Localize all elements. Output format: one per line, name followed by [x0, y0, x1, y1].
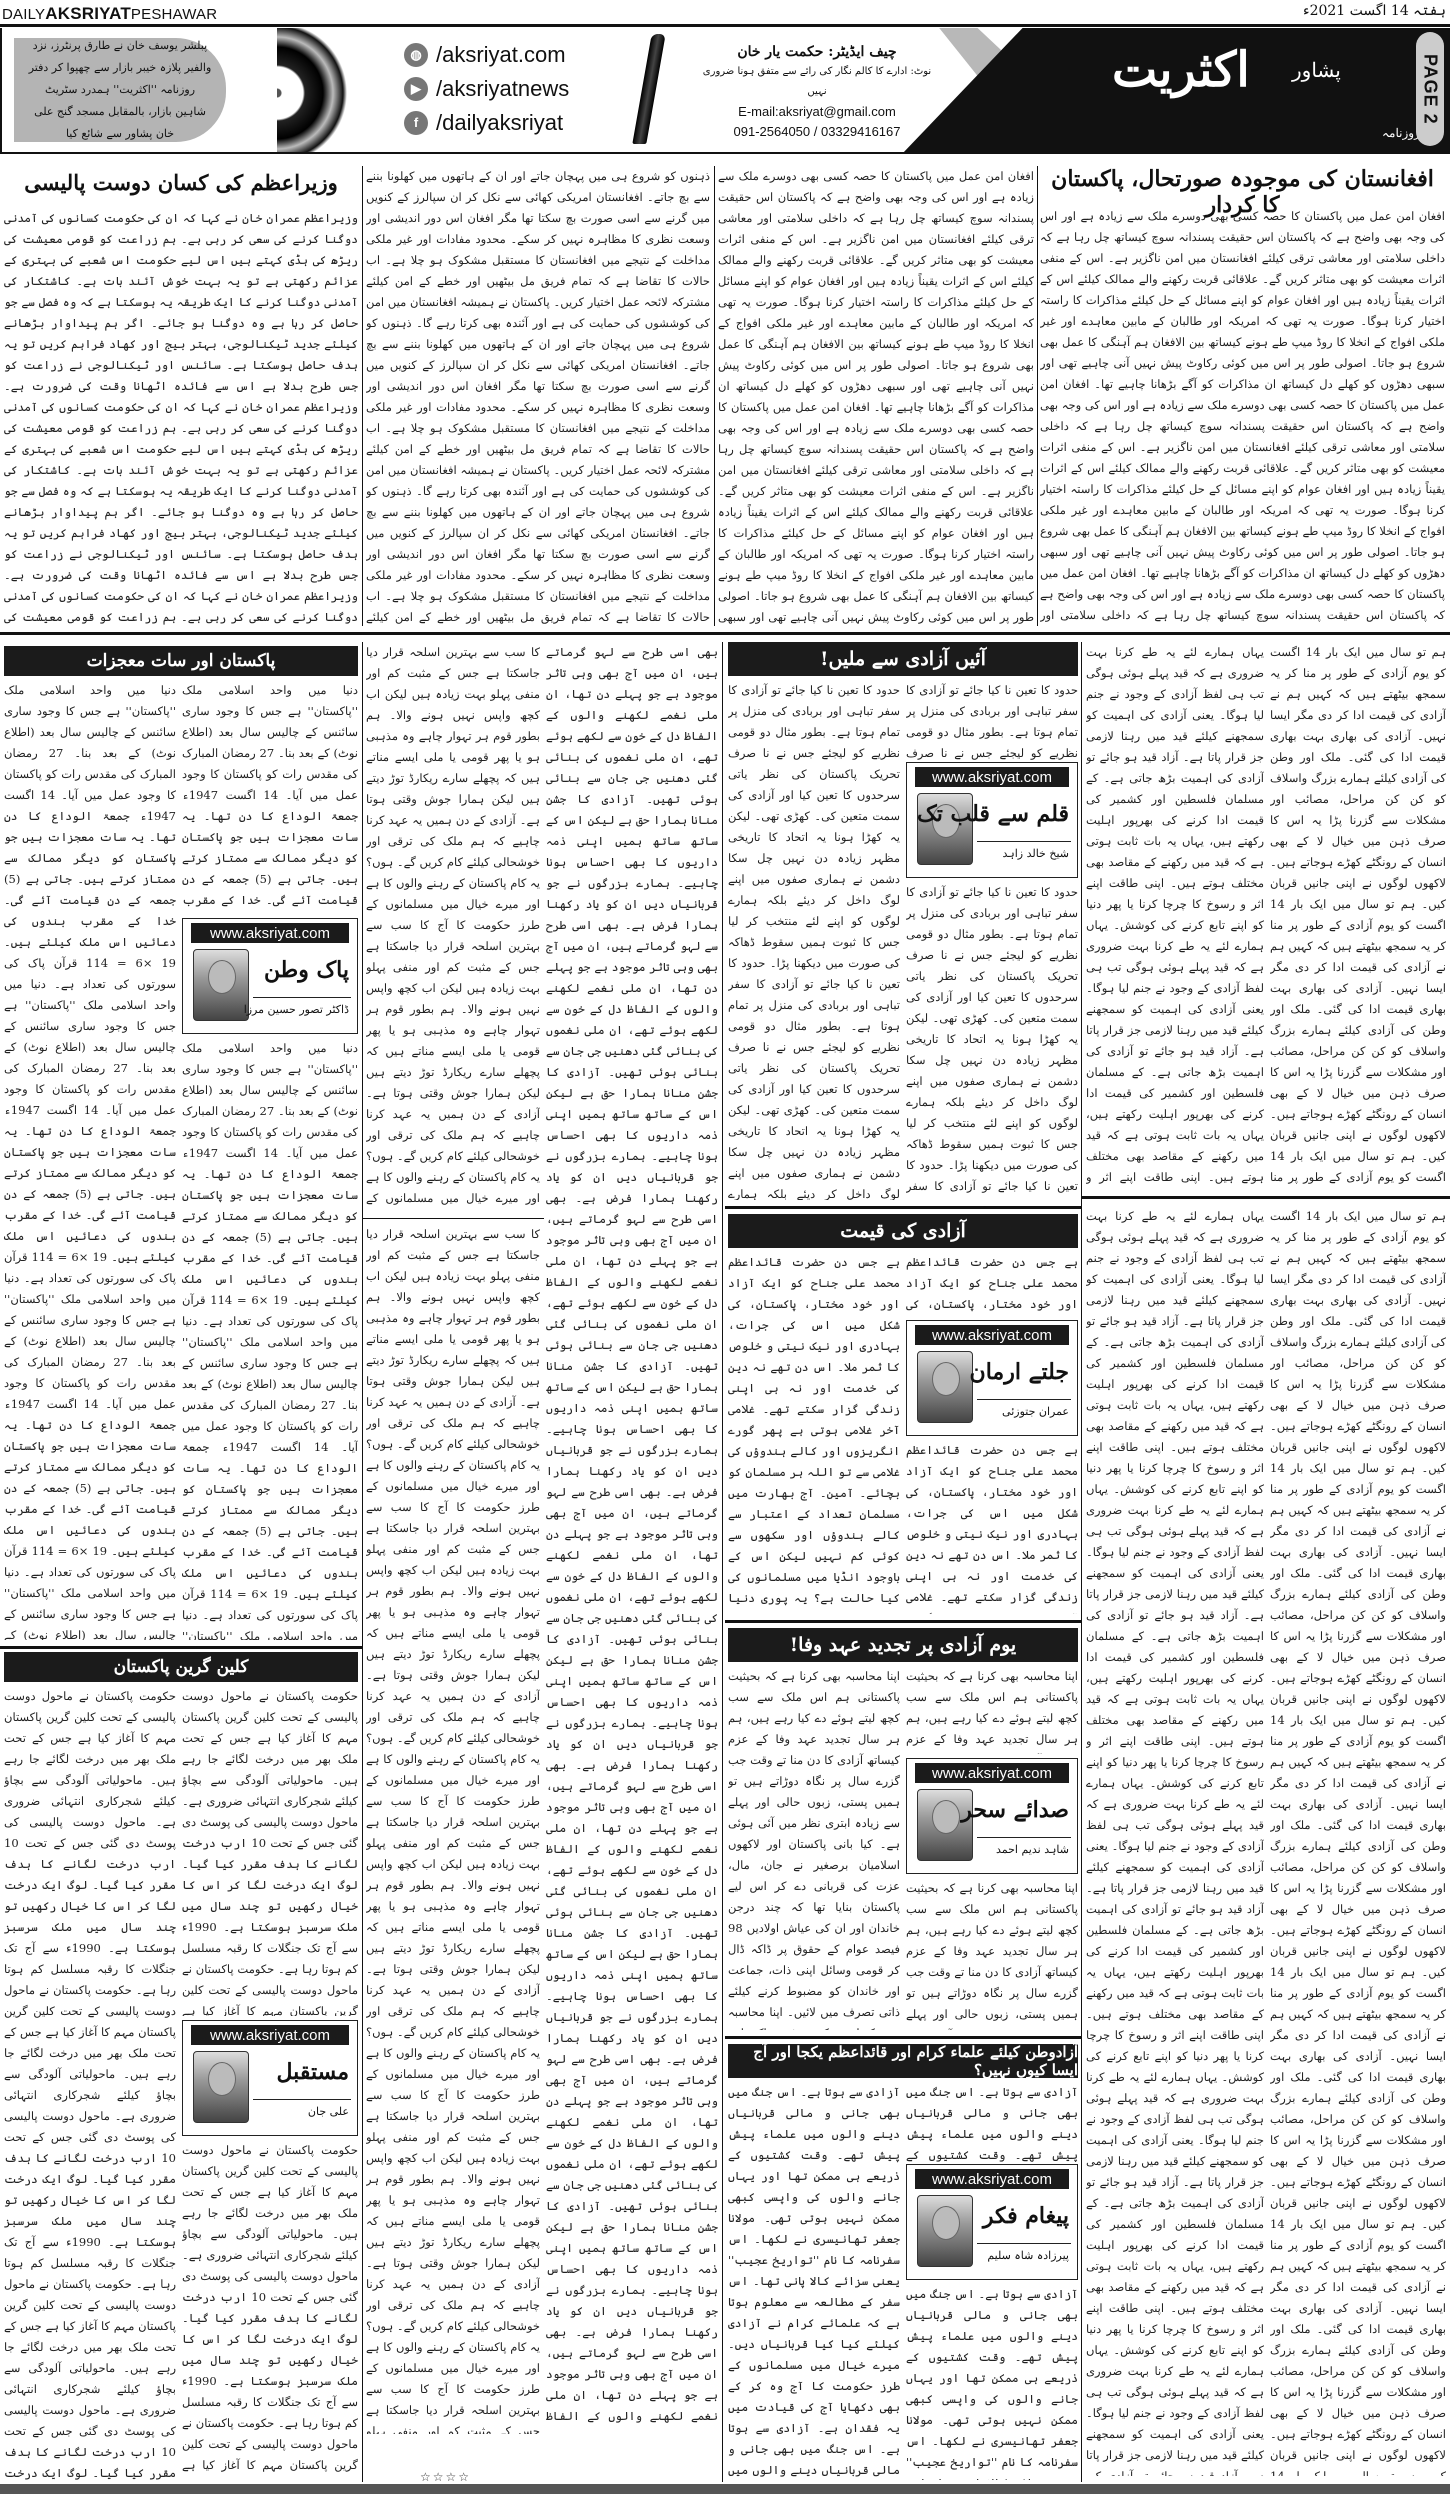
author-photo — [193, 2051, 249, 2123]
column-body: حکومت پاکستان نے ماحول دوست پالیسی کے تح… — [4, 1686, 176, 2480]
website-label[interactable]: www.aksriyat.com — [191, 2025, 349, 2045]
column-body: حدود کا تعین نا کیا جائے تو آزادی کا سفر… — [906, 680, 1078, 760]
column-body: حدود کا تعین نا کیا جائے تو آزادی کا سفر… — [906, 882, 1078, 1200]
page-tag: PAGE 2 — [1416, 32, 1444, 146]
section-banner: کلین گرین پاکستان — [4, 1652, 358, 1682]
section-divider — [362, 1218, 544, 1219]
column-body: اپنا محاسبہ بھی کرنا ہے کہ بحیثیت پاکستا… — [906, 1878, 1078, 2030]
column-name: پیغام فکر — [983, 2203, 1069, 2229]
section-banner: آئیں آزادی سے ملیں! — [728, 642, 1078, 676]
column-body: ہے جس دن حضرت قائداعظم محمد علی جناح کو … — [728, 1252, 900, 1614]
bottom-bar — [0, 2484, 1450, 2494]
card-separator — [977, 1399, 1071, 1400]
brand-prefix: DAILY — [2, 6, 45, 23]
card-separator — [977, 841, 1071, 842]
section-divider — [0, 632, 1450, 635]
author-name: شیخ خالد زاہد — [1003, 847, 1070, 860]
column-body: آزادی سے ہوتا ہے۔ اس جنگ میں بھی جانی و … — [906, 2284, 1078, 2480]
logo-city: پشاور — [1292, 58, 1341, 82]
author-name: ڈاکٹر تصور حسین مرزا — [244, 1003, 349, 1016]
section-banner: یوم آزادی پر تجدید عہد وفا! — [728, 1628, 1078, 1662]
feature-body-mid-a: بھی اسی طرح سے لہو گرماتے ہیں، ان میں آج… — [546, 642, 718, 2432]
column-body: دنیا میں واحد اسلامی ملک ''پاکستان'' ہے … — [4, 680, 176, 1640]
column-rule — [362, 642, 363, 2482]
column-body: اپنا محاسبہ بھی کرنا ہے کہ بحیثیت پاکستا… — [906, 1666, 1078, 1754]
website-label[interactable]: www.aksriyat.com — [915, 1325, 1069, 1345]
website-label[interactable]: www.aksriyat.com — [191, 923, 349, 943]
end-stars: ☆☆☆☆ — [420, 2470, 471, 2484]
card-separator — [977, 2243, 1071, 2244]
feature-body-right-d: یہاں ہمارے لئے یہ طے کرنا بہت ضروری ہے ک… — [1086, 1206, 1264, 2476]
section-banner: آزادی کی قیمت — [728, 1214, 1078, 1248]
header-rule — [0, 24, 1450, 27]
columnist-card: www.aksriyat.com پاک وطن ڈاکٹر تصور حسین… — [182, 918, 358, 1034]
editorial-headline-2: وزیراعظم کی کسان دوست پالیسی — [4, 170, 358, 195]
website-label[interactable]: www.aksriyat.com — [915, 1763, 1069, 1783]
columnist-card: www.aksriyat.com جلتے ارمان عمران جتوزئی — [906, 1320, 1078, 1436]
section-divider — [1081, 1196, 1450, 1199]
editorial-note: نوٹ: ادارے کا کالم نگار کی رائے سے متفق … — [692, 62, 942, 102]
section-divider — [725, 2036, 1081, 2039]
website-label[interactable]: www.aksriyat.com — [915, 767, 1069, 787]
column-rule — [722, 642, 723, 2482]
author-photo — [917, 2195, 973, 2267]
feature-body-mid-b: کا سب سے بہترین اسلحہ قرار دیا جاسکتا ہے… — [366, 642, 540, 1212]
card-separator — [253, 997, 351, 998]
editorial-body-3: وزیراعظم عمران خان نے کہا کہ ان کی حکومت… — [4, 208, 358, 626]
social-label: /aksriyat.com — [436, 38, 566, 72]
column-rule — [362, 166, 363, 626]
column-rule — [1081, 642, 1082, 2482]
logo-daily: روزنامہ — [1382, 126, 1420, 140]
social-label: /dailyaksriyat — [436, 106, 563, 140]
brand-line: DAILYAKSRIYATPESHAWAR — [2, 4, 217, 24]
column-rule — [1037, 166, 1038, 626]
editor-info: چیف ایڈیٹر: حکمت یار خان نوٹ: ادارے کا ک… — [692, 42, 942, 142]
page-label: PAGE 2 — [1420, 54, 1441, 125]
feature-body-right-b: یہاں ہمارے لئے یہ طے کرنا بہت ضروری ہے ک… — [1086, 642, 1264, 1192]
column-name: مستقبل — [277, 2059, 349, 2085]
social-link-youtube[interactable]: ▶ /aksriyatnews — [404, 72, 569, 106]
pen-icon — [632, 34, 665, 144]
column-name: پاک وطن — [264, 957, 349, 983]
social-links: ◍ /aksriyat.com ▶ /aksriyatnews f /daily… — [404, 38, 569, 140]
youtube-icon: ▶ — [404, 77, 428, 101]
column-body: آزادی سے ہوتا ہے۔ اس جنگ میں بھی جانی و … — [906, 2082, 1078, 2162]
brand-suffix: PESHAWAR — [131, 6, 217, 23]
section-divider — [725, 1206, 1081, 1209]
logo-title: اکثریت — [1112, 42, 1250, 98]
facebook-icon: f — [404, 111, 428, 135]
section-divider — [725, 1620, 1081, 1623]
column-name: جلتے ارمان — [970, 1359, 1069, 1385]
columnist-card: www.aksriyat.com قلم سے قلب تک شیخ خالد … — [906, 762, 1078, 878]
column-body: حکومت پاکستان نے ماحول دوست پالیسی کے تح… — [182, 1686, 358, 2016]
column-body: ہے جس دن حضرت قائداعظم محمد علی جناح کو … — [906, 1440, 1078, 1614]
column-name: قلم سے قلب تک — [917, 801, 1069, 827]
column-body: آزادی سے ہوتا ہے۔ اس جنگ میں بھی جانی و … — [728, 2082, 900, 2480]
social-link-website[interactable]: ◍ /aksriyat.com — [404, 38, 569, 72]
columnist-card: www.aksriyat.com صدائے سحر شاہد ندیم احم… — [906, 1758, 1078, 1874]
issue-date: ہفتہ 14 اگست 2021ء — [1303, 3, 1446, 19]
author-name: علی جان — [308, 2105, 349, 2118]
author-name: پیرزادہ شاہ سلیم — [987, 2249, 1069, 2262]
top-line: DAILYAKSRIYATPESHAWAR ہفتہ 14 اگست 2021ء — [0, 0, 1450, 24]
editorial-body-1: افغان امن عمل میں پاکستان کا حصہ کسی بھی… — [1040, 206, 1445, 626]
email: E-mail:aksriyat@gmail.com — [692, 102, 942, 122]
card-separator — [977, 1837, 1071, 1838]
author-name: شاہد ندیم احمد — [996, 1843, 1069, 1856]
columnist-card: www.aksriyat.com پیغام فکر پیرزادہ شاہ س… — [906, 2164, 1078, 2280]
social-link-facebook[interactable]: f /dailyaksriyat — [404, 106, 569, 140]
section-divider — [0, 1646, 362, 1649]
phone: 091-2564050 / 03329416167 — [692, 122, 942, 142]
feature-body-mid-c: کا سب سے بہترین اسلحہ قرار دیا جاسکتا ہے… — [366, 1224, 540, 2434]
column-rule — [714, 166, 715, 626]
disc-decoration-icon — [207, 28, 347, 154]
card-separator — [253, 2099, 351, 2100]
brand-name: AKSRIYAT — [45, 4, 131, 23]
editorial-body-1-cont: افغان امن عمل میں پاکستان کا حصہ کسی بھی… — [718, 166, 1034, 626]
column-body: اپنا محاسبہ بھی کرنا ہے کہ بحیثیت پاکستا… — [728, 1666, 900, 2030]
column-name: صدائے سحر — [961, 1797, 1069, 1823]
globe-icon: ◍ — [404, 43, 428, 67]
masthead: پبلشر یوسف خان نے طارق پرنٹرز، نزد والفی… — [0, 28, 1450, 154]
column-body: حکومت پاکستان نے ماحول دوست پالیسی کے تح… — [182, 2140, 358, 2480]
editorial-body-2: ذہنوں کو شروع ہی میں پہچان جاتے اور ان ک… — [366, 166, 710, 626]
section-banner: پاکستان اور سات معجزات — [4, 646, 358, 676]
social-label: /aksriyatnews — [436, 72, 569, 106]
feature-body-right-a: ہم تو سال میں ایک بار 14 اگست کو یوم آزا… — [1270, 642, 1446, 1192]
columnist-card: www.aksriyat.com مستقبل علی جان — [182, 2020, 358, 2136]
author-name: عمران جتوزئی — [1002, 1405, 1069, 1418]
chief-editor: چیف ایڈیٹر: حکمت یار خان — [692, 42, 942, 62]
column-body: دنیا میں واحد اسلامی ملک ''پاکستان'' ہے … — [182, 680, 358, 916]
publisher-note: پبلشر یوسف خان نے طارق پرنٹرز، نزد والفی… — [14, 38, 226, 142]
website-label[interactable]: www.aksriyat.com — [915, 2169, 1069, 2189]
column-body: دنیا میں واحد اسلامی ملک ''پاکستان'' ہے … — [182, 1038, 358, 1640]
section-banner: آزادوطن کیلئے علماء کرام اور قائداعظم یک… — [728, 2044, 1078, 2078]
author-photo — [193, 949, 249, 1021]
author-photo — [917, 1351, 973, 1423]
feature-body-right-c: ہم تو سال میں ایک بار 14 اگست کو یوم آزا… — [1270, 1206, 1446, 2476]
column-body: حدود کا تعین نا کیا جائے تو آزادی کا سفر… — [728, 680, 900, 1200]
column-body: ہے جس دن حضرت قائداعظم محمد علی جناح کو … — [906, 1252, 1078, 1318]
